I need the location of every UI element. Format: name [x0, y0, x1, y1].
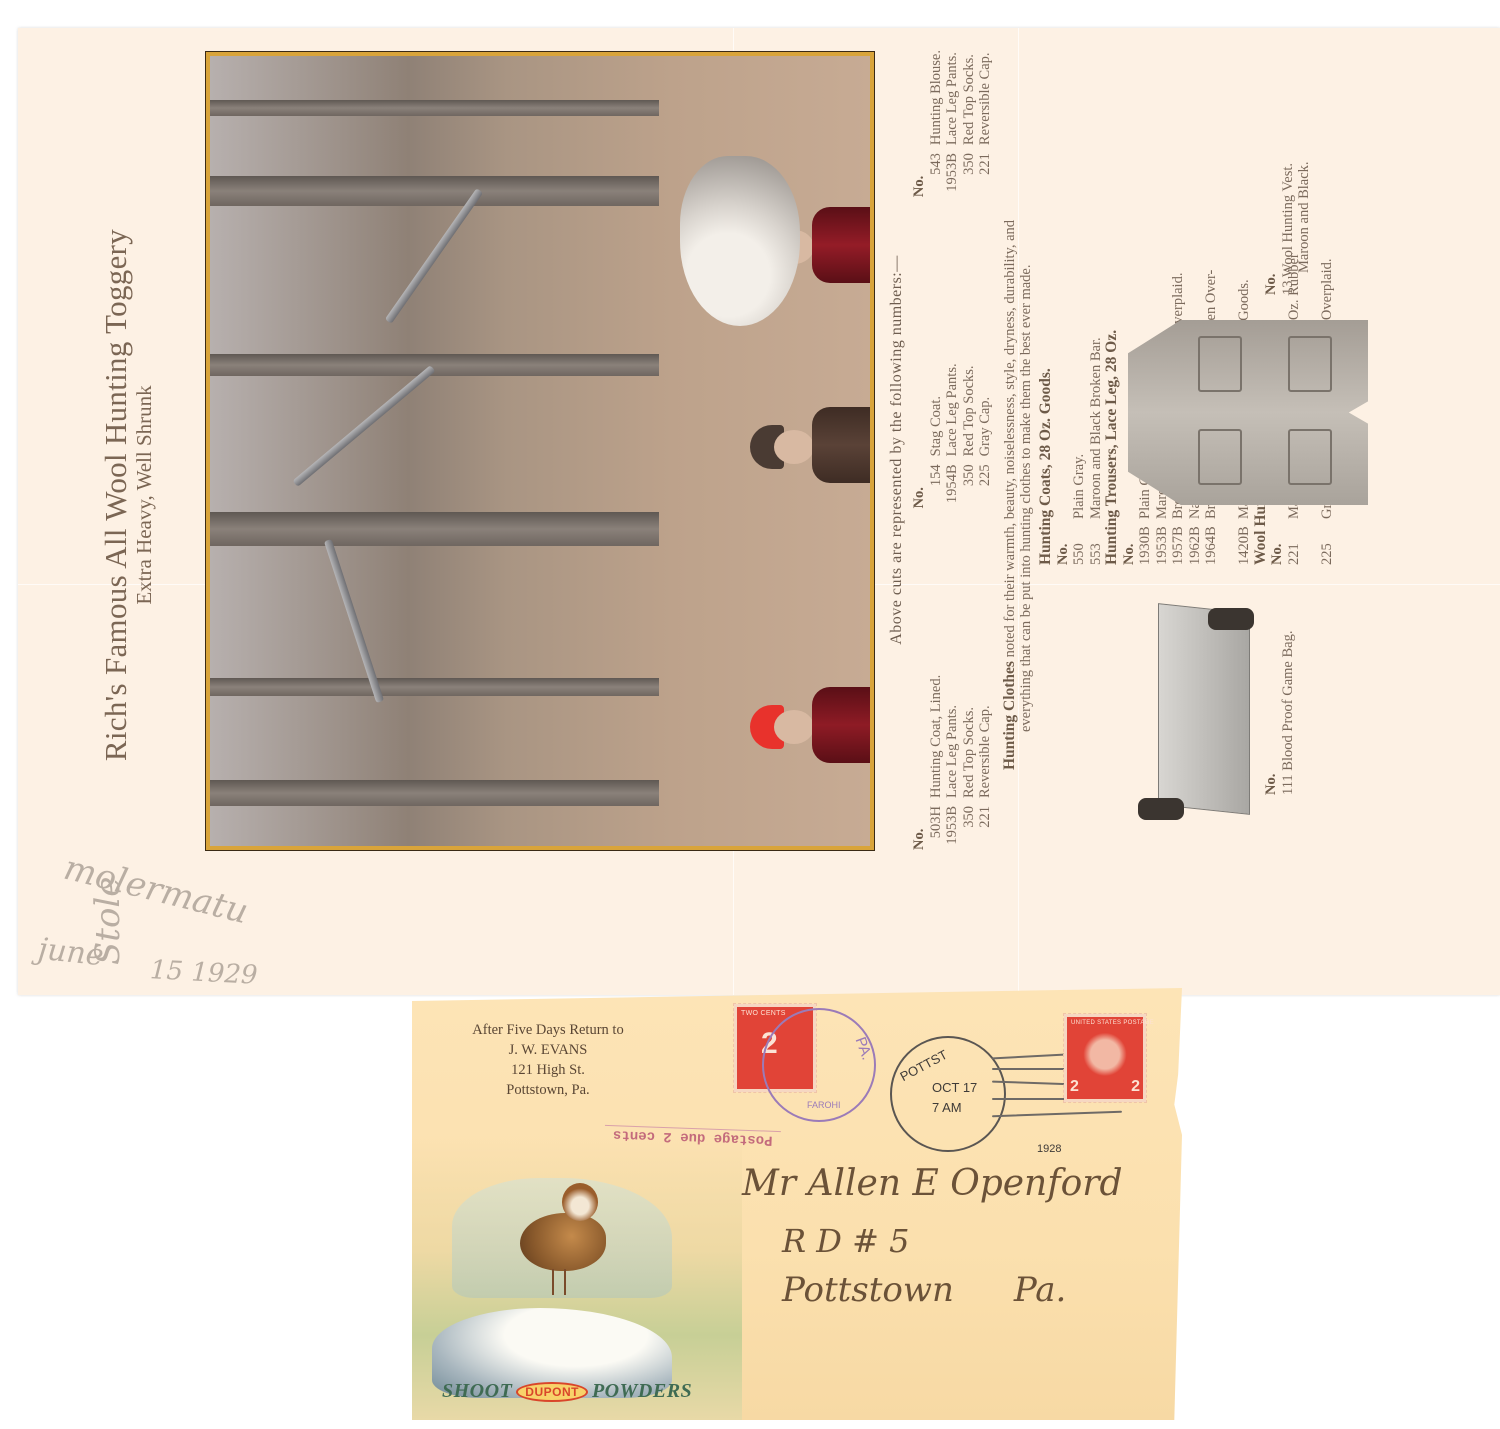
flyer-heading: Rich's Famous All Wool Hunting Toggery E… — [98, 185, 157, 805]
handwritten-date: 15 1929 — [149, 955, 258, 991]
dupont-brand: SHOOT DUPONT POWDERS — [442, 1380, 692, 1403]
trousers-heading: Hunting Trousers, Lace Leg, 28 Oz. — [1104, 253, 1121, 565]
tree — [210, 176, 659, 206]
shotgun — [385, 188, 483, 324]
coats-heading: Hunting Coats, 28 Oz. Goods. — [1038, 253, 1055, 565]
hunting-clothes-note: Hunting Clothes noted for their warmth, … — [1002, 50, 1035, 770]
flyer-title: Rich's Famous All Wool Hunting Toggery — [98, 185, 134, 805]
shotgun — [292, 365, 435, 487]
hunters-photo — [206, 52, 874, 850]
handwritten-line: june — [36, 932, 105, 974]
washington-2-cent-stamp: UNITED STATES POSTAGE 2 2 — [1064, 1014, 1146, 1102]
dupont-logo: DUPONT — [516, 1382, 588, 1402]
outfit-list-1: No. 503HHunting Coat, Lined. 1953BLace L… — [911, 675, 994, 850]
return-address: After Five Days Return to J. W. EVANS 12… — [448, 1020, 648, 1100]
game-bag-image — [1138, 600, 1258, 820]
envelope: After Five Days Return to J. W. EVANS 12… — [412, 988, 1182, 1420]
tree — [210, 512, 659, 546]
vest-caption: No. 13 Wool Hunting Vest. Maroon and Bla… — [1263, 161, 1313, 295]
tree — [210, 354, 659, 376]
tree — [210, 780, 659, 806]
setter-dog — [680, 156, 800, 326]
hunting-vest-image — [1128, 320, 1368, 505]
flyer-page: Rich's Famous All Wool Hunting Toggery E… — [18, 28, 1500, 995]
quail-illustration — [412, 1138, 742, 1420]
outfit-list-3: No. 543Hunting Blouse. 1953BLace Leg Pan… — [911, 50, 994, 197]
product-descriptions: Above cuts are represented by the follow… — [888, 50, 1035, 850]
flyer-subtitle: Extra Heavy, Well Shrunk — [132, 185, 157, 805]
outfit-list-2: No. 154Stag Coat. 1954BLace Leg Pants. 3… — [911, 363, 994, 508]
tree — [210, 678, 659, 696]
intro-text: Above cuts are represented by the follow… — [888, 50, 905, 850]
tree — [210, 100, 659, 116]
hunting-toggery-flyer: Rich's Famous All Wool Hunting Toggery E… — [18, 28, 1500, 995]
washington-portrait — [1083, 1031, 1127, 1083]
game-bag-caption: No. 111 Blood Proof Game Bag. — [1263, 631, 1296, 795]
recipient-address: Mr Allen E Openford R D # 5 PottstownPa. — [742, 1163, 1123, 1310]
cancel-wave — [992, 1111, 1122, 1118]
quail-bird — [512, 1183, 612, 1303]
